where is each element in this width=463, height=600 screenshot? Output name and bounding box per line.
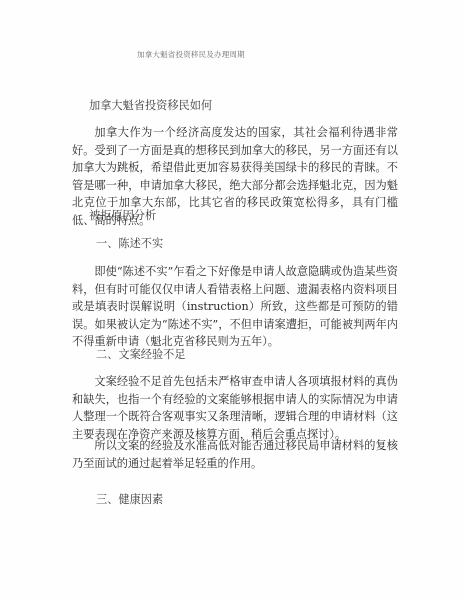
subsection-heading-health-factors: 三、健康因素 (96, 491, 163, 507)
insufficient-experience-paragraph: 文案经验不足首先包括未严格审查申请人各项填报材料的真伪和缺失，也指一个有经验的文… (72, 373, 398, 443)
subsection-heading-misrepresentation: 一、陈述不实 (96, 235, 163, 251)
subsection-heading-insufficient-experience: 二、文案经验不足 (96, 346, 186, 362)
misrepresentation-paragraph: 即使“陈述不实”乍看之下好像是申请人故意隐瞒或伪造某些资料，但有时可能仅仅申请人… (72, 263, 398, 351)
document-page: 加拿大魁省投资移民及办理周期 加拿大魁省投资移民如何 加拿大作为一个经济高度发达… (0, 0, 463, 600)
section-heading-rejection-reasons: 被拒原因分析 (89, 207, 156, 223)
experience-conclusion-paragraph: 所以文案的经验及水准高低对能否通过移民局申请材料的复核乃至面试的通过起着举足轻重… (72, 437, 398, 472)
document-title: 加拿大魁省投资移民如何 (89, 97, 212, 113)
running-header: 加拿大魁省投资移民及办理周期 (137, 49, 245, 60)
